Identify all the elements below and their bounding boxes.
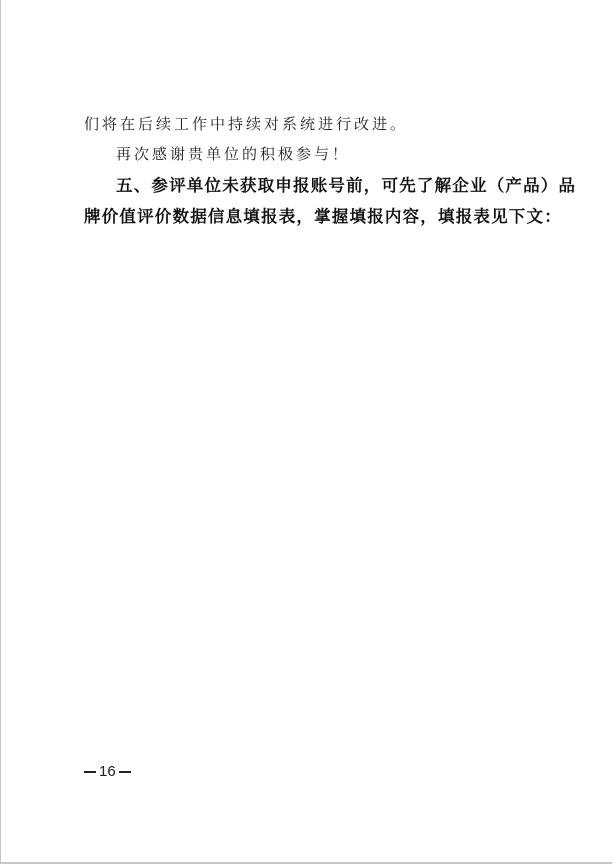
dash-left-icon [84,771,96,773]
document-page: 们将在后续工作中持续对系统进行改进。 再次感谢贵单位的积极参与！ 五、参评单位未… [0,0,612,864]
section-five-heading-line2: 牌价值评价数据信息填报表，掌握填报内容，填报表见下文： [84,203,562,227]
dash-right-icon [119,771,131,773]
paragraph-thanks: 再次感谢贵单位的积极参与！ [116,143,350,164]
page-number: 16 [84,763,131,780]
paragraph-continuation: 们将在后续工作中持续对系统进行改进。 [84,113,408,134]
page-number-value: 16 [99,763,116,780]
section-five-heading-line1: 五、参评单位未获取申报账号前，可先了解企业（产品）品 [116,172,576,196]
